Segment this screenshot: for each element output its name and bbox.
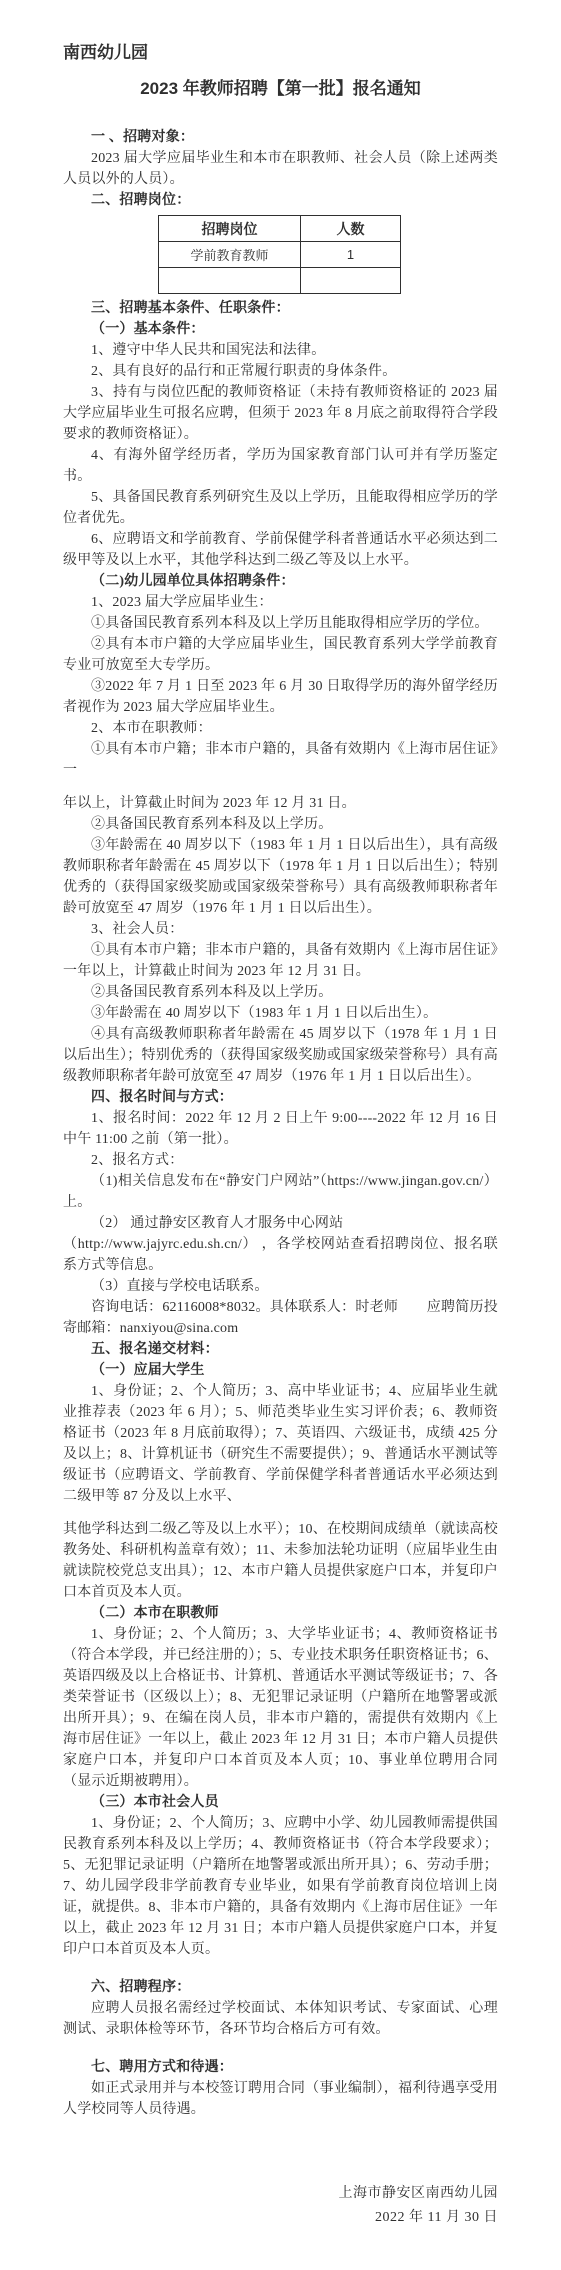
table-row (159, 268, 401, 294)
paragraph: 4、有海外留学经历者，学历为国家教育部门认可并有学历鉴定书。 (63, 445, 498, 487)
document-page: 南西幼儿园 2023 年教师招聘【第一批】报名通知 一 、招聘对象：2023 届… (0, 0, 561, 2270)
table-row: 学前教育教师 1 (159, 242, 401, 268)
table-cell-count (301, 268, 401, 294)
paragraph: 3、持有与岗位匹配的教师资格证（未持有教师资格证的 2023 届大学应届毕业生可… (63, 382, 498, 445)
paragraph: 其他学科达到二级乙等及以上水平）；10、在校期间成绩单（就读高校教务处、科研机构… (63, 1519, 498, 1603)
signature-org: 上海市静安区南西幼儿园 (63, 2182, 498, 2206)
section-heading: （二）本市在职教师 (63, 1603, 498, 1624)
paragraph: 6、应聘语文和学前教育、学前保健学科者普通话水平必须达到二级甲等及以上水平，其他… (63, 529, 498, 571)
document-flow: 一 、招聘对象：2023 届大学应届毕业生和本市在职教师、社会人员（除上述两类人… (63, 127, 498, 2120)
paragraph: 2、本市在职教师： (63, 718, 498, 739)
school-name: 南西幼儿园 (63, 42, 498, 64)
paragraph: 5、具备国民教育系列研究生及以上学历，且能取得相应学历的学位者优先。 (63, 487, 498, 529)
section-heading: 六、招聘程序： (63, 1977, 498, 1998)
table-cell-position: 学前教育教师 (159, 242, 301, 268)
paragraph: （2） 通过静安区教育人才服务中心网站 (63, 1213, 498, 1234)
section-heading: 一 、招聘对象： (63, 127, 498, 148)
paragraph: 1、身份证；2、个人简历；3、大学毕业证书；4、教师资格证书（符合本学段，并已经… (63, 1624, 498, 1792)
paragraph: ②具有本市户籍的大学应届毕业生，国民教育系列大学学前教育专业可放宽至大专学历。 (63, 634, 498, 676)
spacer (63, 2040, 498, 2057)
table-header-row: 招聘岗位 人数 (159, 216, 401, 242)
paragraph: 如正式录用并与本校签订聘用合同（事业编制），福利待遇享受用人学校同等人员待遇。 (63, 2078, 498, 2120)
paragraph: ①具备国民教育系列本科及以上学历且能取得相应学历的学位。 (63, 613, 498, 634)
paragraph: ①具有本市户籍；非本市户籍的，具备有效期内《上海市居住证》一 (63, 739, 498, 781)
section-heading: （二)幼儿园单位具体招聘条件： (63, 571, 498, 592)
paragraph: （1)相关信息发布在“静安门户网站”（https://www.jingan.go… (63, 1171, 498, 1213)
section-heading: 五、报名递交材料： (63, 1339, 498, 1360)
paragraph: ③2022 年 7 月 1 日至 2023 年 6 月 30 日取得学历的海外留… (63, 676, 498, 718)
paragraph: 年以上，计算截止时间为 2023 年 12 月 31 日。 (63, 793, 498, 814)
paragraph: ③年龄需在 40 周岁以下（1983 年 1 月 1 日以后出生）。 (63, 1003, 498, 1024)
signature-date: 2022 年 11 月 30 日 (63, 2206, 498, 2230)
paragraph: 应聘人员报名需经过学校面试、本体知识考试、专家面试、心理测试、录职体检等环节，各… (63, 1998, 498, 2040)
paragraph: 1、身份证；2、个人简历；3、应聘中小学、幼儿园教师需提供国民教育系列本科及以上… (63, 1813, 498, 1960)
recruitment-table: 招聘岗位 人数 学前教育教师 1 (158, 215, 401, 294)
section-heading: 二、招聘岗位： (63, 190, 498, 211)
document-title: 2023 年教师招聘【第一批】报名通知 (63, 78, 498, 100)
paragraph: 2、报名方式： (63, 1150, 498, 1171)
table-cell-position (159, 268, 301, 294)
section-heading: 三、招聘基本条件、任职条件： (63, 298, 498, 319)
paragraph: 2、具有良好的品行和正常履行职责的身体条件。 (63, 361, 498, 382)
section-heading: （一）应届大学生 (63, 1360, 498, 1381)
paragraph: 1、2023 届大学应届毕业生： (63, 592, 498, 613)
paragraph: ③年龄需在 40 周岁以下（1983 年 1 月 1 日以后出生），具有高级教师… (63, 835, 498, 919)
paragraph: 3、社会人员： (63, 919, 498, 940)
paragraph: 2023 届大学应届毕业生和本市在职教师、社会人员（除上述两类人员以外的人员）。 (63, 148, 498, 190)
paragraph: ④具有高级教师职称者年龄需在 45 周岁以下（1978 年 1 月 1 日以后出… (63, 1024, 498, 1087)
paragraph: 1、遵守中华人民共和国宪法和法律。 (63, 340, 498, 361)
spacer (63, 781, 498, 793)
spacer (63, 1960, 498, 1977)
table-header-position: 招聘岗位 (159, 216, 301, 242)
paragraph: （3）直接与学校电话联系。 (63, 1276, 498, 1297)
paragraph: ①具有本市户籍；非本市户籍的，具备有效期内《上海市居住证》一年以上，计算截止时间… (63, 940, 498, 982)
paragraph: （http://www.jajyrc.edu.sh.cn/） ，各学校网站查看招… (63, 1234, 498, 1276)
paragraph: 咨询电话：62116008*8032。具体联系人：时老师 应聘简历投寄邮箱：na… (63, 1297, 498, 1339)
table-header-count: 人数 (301, 216, 401, 242)
section-heading: （一）基本条件： (63, 319, 498, 340)
spacer (63, 1507, 498, 1519)
section-heading: （三）本市社会人员 (63, 1792, 498, 1813)
paragraph: 1、身份证；2、个人简历；3、高中毕业证书；4、应届毕业生就业推荐表（2023 … (63, 1381, 498, 1507)
paragraph: ②具备国民教育系列本科及以上学历。 (63, 814, 498, 835)
table-cell-count: 1 (301, 242, 401, 268)
section-heading: 七、聘用方式和待遇： (63, 2057, 498, 2078)
signature-block: 上海市静安区南西幼儿园 2022 年 11 月 30 日 (63, 2182, 498, 2230)
paragraph: ②具备国民教育系列本科及以上学历。 (63, 982, 498, 1003)
paragraph: 1、报名时间：2022 年 12 月 2 日上午 9:00----2022 年 … (63, 1108, 498, 1150)
section-heading: 四、报名时间与方式： (63, 1087, 498, 1108)
